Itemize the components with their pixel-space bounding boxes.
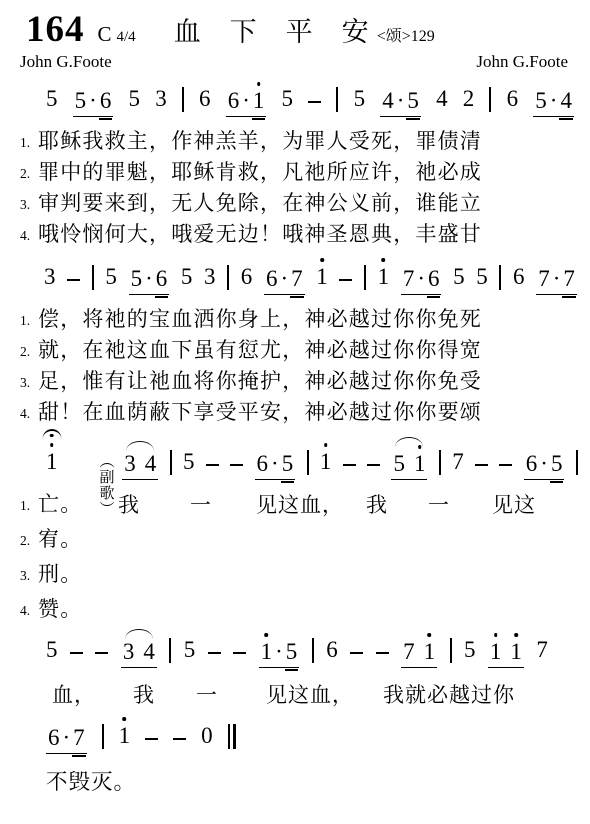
octave-dot-icon [514,633,518,637]
note-digit: 5 [46,87,58,110]
note-digit: 5 [476,265,488,288]
note-digit: 6 [241,265,253,288]
chorus-lyric-segment: 见这血， [256,489,344,519]
note: 6 [326,638,338,668]
note: 5 [46,87,58,117]
augmentation-dot-icon: · [268,452,282,475]
note-digit: 1 [261,640,273,663]
note: 3 [44,265,56,295]
group-note: 6 [100,89,112,112]
note: 5 [105,265,117,295]
music-line-2: 355·65366·7117·65567·7 [0,248,590,298]
octave-dot-icon [494,633,498,637]
note: 1 [320,450,332,480]
note: 6 [513,265,525,295]
duration-dash [230,464,243,466]
verse-line: 1. 偿，将祂的宝血洒你身上，神必越过你你免死 [0,302,590,333]
note: 0 [201,724,213,754]
note-digit: 5 [464,638,476,661]
octave-dot-icon [324,443,328,447]
time-signature: 4/4 [117,29,136,46]
augmentation-dot-icon: · [537,452,551,475]
barline [499,265,501,290]
duration-dash [67,279,80,281]
final-barline-thin [228,724,230,749]
note-digit: 1 [316,265,328,288]
chorus-lyric-segment: 我 [366,489,388,519]
ending-text: 宥。 [38,523,82,553]
note-digit: 5 [46,638,58,661]
ending-line: 4. 赞。 [0,590,590,625]
duration-dash [145,738,158,740]
beamed-group-with-slur: 34 [121,640,157,668]
composer-left: John G.Foote [20,52,112,72]
group-note: 4· [382,89,407,112]
octave-dot-icon [265,633,269,637]
beamed-group-with-slur: 51 [391,452,427,480]
augmentation-dot-icon: · [277,267,291,290]
verse-number: 1. [20,135,38,151]
verse-number: 2. [20,533,38,549]
barline [170,450,172,475]
verse-endings: （副歌） 我一见这血，我一见这 1. 亡。 2. 宥。 3. 刑。 4. 赞。 [0,485,590,625]
note-digit: 3 [124,452,136,475]
octave-dot-icon [50,443,54,447]
augmentation-dot-icon: · [272,640,286,663]
note: 3 [155,87,167,117]
note-digit: 0 [201,724,213,747]
page-title: 血下平安 [174,10,398,49]
barline [102,724,104,749]
note-digit: 5 [407,89,419,112]
group-note: 6· [526,452,551,475]
note-digit: 7 [403,640,415,663]
note-digit: 5 [181,265,193,288]
music-line-3: 13456·515176·5 [0,426,590,483]
verse-block-2: 1. 偿，将祂的宝血洒你身上，神必越过你你免死 2. 就，在祂这血下虽有愆尤，神… [0,298,590,426]
verse-text: 哦怜悯何大，哦爱无边！哦神圣恩典，丰盛甘 [38,218,482,248]
note-digit: 6 [326,638,338,661]
chorus-lyric-segment: 我 [133,679,155,709]
note-digit: 6 [156,267,168,290]
note: 1 [316,265,328,295]
note-digit: 7 [403,267,415,290]
note-digit: 5 [393,452,405,475]
group-note: 6 [156,267,168,290]
verse-number: 4. [20,228,38,244]
verse-text: 偿，将祂的宝血洒你身上，神必越过你你免死 [38,303,482,333]
barline [182,87,184,112]
beamed-group: 5·4 [533,89,574,117]
note-digit: 5 [131,267,143,290]
beamed-group: 5·6 [129,267,170,295]
note-digit: 4 [436,87,448,110]
octave-dot-icon [418,445,422,449]
chorus-lyrics-line-1: 我一见这血，我一见这 [0,485,590,520]
note-digit: 7 [73,726,85,749]
duration-dash [233,652,246,654]
verse-line: 2. 罪中的罪魁，耶稣肯救，凡祂所应许，祂必成 [0,155,590,186]
note-digit: 7 [538,267,550,290]
beamed-group: 6·1 [226,89,267,117]
beamed-group: 6·7 [46,726,87,754]
octave-dot-icon [428,633,432,637]
note: 5 [453,265,465,295]
beamed-group: 11 [488,640,524,668]
verse-line: 4. 甜！在血荫蔽下享受平安，神必越过你你要颂 [0,395,590,426]
note: 1 [46,450,58,480]
duration-dash [475,464,488,466]
note-digit: 4 [145,452,157,475]
barline [439,450,441,475]
note-digit: 6 [513,265,525,288]
note: 6 [199,87,211,117]
music-line-5: 6·710 [0,709,590,757]
chorus-lyric-segment: 一 [196,679,218,709]
verse-number: 3. [20,568,38,584]
music-line-1: 55·65366·1554·54265·4 [0,72,590,120]
note: 7 [452,450,464,480]
group-note: 7· [538,267,563,290]
composer-right: John G.Foote [476,52,568,72]
note-digit: 3 [44,265,56,288]
group-note: 1· [261,640,286,663]
verse-block-1: 1. 耶稣我救主，作神羔羊，为罪人受死，罪债清 2. 罪中的罪魁，耶稣肯救，凡祂… [0,120,590,248]
music-line-4: 53451·56715117 [0,625,590,671]
duration-dash [208,652,221,654]
group-note: 5 [407,89,419,112]
barline [312,638,314,663]
group-note: 5· [75,89,100,112]
group-note: 7· [403,267,428,290]
note: 6 [507,87,519,117]
note: 5 [181,265,193,295]
header: 164 C 4/4 血下平安 <颂>129 [0,0,590,51]
verse-number: 4. [20,406,38,422]
final-barline-thick [233,724,236,749]
note-digit: 7 [563,267,575,290]
verse-line: 1. 耶稣我救主，作神羔羊，为罪人受死，罪债清 [0,124,590,155]
note: 5 [46,638,58,668]
note-digit: 5 [105,265,117,288]
verse-number: 3. [20,375,38,391]
note-digit: 1 [253,89,265,112]
verse-number: 2. [20,344,38,360]
group-note: 6 [428,267,440,290]
verse-line: 3. 审判要来到，无人免除，在神公义前，谁能立 [0,186,590,217]
group-note: 4 [560,89,572,112]
beamed-group: 4·5 [380,89,421,117]
note-digit: 1 [320,450,332,473]
beamed-group: 71 [401,640,437,668]
hymn-number: 164 [26,8,85,51]
chorus-lyric-segment: 一 [428,489,450,519]
fermata-icon [42,429,61,439]
beamed-group: 6·5 [524,452,565,480]
group-note: 4 [143,640,155,663]
note: 1 [119,724,131,754]
note-digit: 3 [155,87,167,110]
augmentation-dot-icon: · [142,267,156,290]
ending-text: 赞。 [38,593,82,623]
octave-dot-icon [123,717,127,721]
note-digit: 1 [46,450,58,473]
note-digit: 6 [257,452,269,475]
note-digit: 7 [452,450,464,473]
note-digit: 7 [536,638,548,661]
note: 5 [464,638,476,668]
group-note: 7 [291,267,303,290]
note-digit: 1 [414,452,426,475]
augmentation-dot-icon: · [547,89,561,112]
augmentation-dot-icon: · [86,89,100,112]
group-note: 5 [282,452,294,475]
group-note: 4 [145,452,157,475]
barline [336,87,338,112]
group-note: 1 [414,452,426,475]
group-note: 5· [131,267,156,290]
group-note: 6· [228,89,253,112]
group-note: 1 [424,640,436,663]
note: 5 [129,87,141,117]
barline [169,638,171,663]
group-note: 5 [393,452,414,475]
augmentation-dot-icon: · [60,726,74,749]
note-digit: 6 [266,267,278,290]
note-digit: 1 [424,640,436,663]
ending-line: 2. 宥。 [0,520,590,555]
note-digit: 3 [123,640,135,663]
ending-line: 3. 刑。 [0,555,590,590]
note-digit: 5 [551,452,563,475]
note-digit: 6 [48,726,60,749]
group-note: 3 [123,640,144,663]
note-digit: 5 [282,87,294,110]
final-lyric: 不毁灭。 [0,765,590,796]
barline [307,450,309,475]
note: 5 [183,450,195,480]
note-digit: 5 [354,87,366,110]
verse-text: 就，在祂这血下虽有愆尤，神必越过你你得宽 [38,334,482,364]
duration-dash [499,464,512,466]
beamed-group: 7·7 [536,267,577,295]
composer-row: John G.Foote John G.Foote [0,51,590,72]
chorus-lyric-segment: 见这血， [266,679,354,709]
note-digit: 4 [560,89,572,112]
octave-dot-icon [382,258,386,262]
barline [92,265,94,290]
group-note: 5 [286,640,298,663]
verse-line: 2. 就，在祂这血下虽有愆尤，神必越过你你得宽 [0,333,590,364]
note: 5 [184,638,196,668]
group-note: 7 [73,726,85,749]
verse-line: 4. 哦怜悯何大，哦爱无边！哦神圣恩典，丰盛甘 [0,217,590,248]
note: 2 [463,87,475,117]
note-digit: 4 [143,640,155,663]
note-digit: 5 [129,87,141,110]
note-digit: 3 [204,265,216,288]
verse-text: 审判要来到，无人免除，在神公义前，谁能立 [38,187,482,217]
key-signature: C [98,22,112,47]
note-digit: 5 [282,452,294,475]
verse-number: 2. [20,166,38,182]
note-digit: 5 [184,638,196,661]
group-note: 1 [253,89,265,112]
note: 5 [282,87,294,117]
note-digit: 5 [75,89,87,112]
augmentation-dot-icon: · [550,267,564,290]
beamed-group-with-slur: 34 [122,452,158,480]
note-digit: 1 [378,265,390,288]
barline [364,265,366,290]
note-digit: 6 [428,267,440,290]
hymnal-reference: <颂>129 [377,23,435,46]
note: 3 [204,265,216,295]
chorus-lyric-segment: 血， [52,679,96,709]
note: 1 [378,265,390,295]
chorus-lyric-segment: 我 [118,489,140,519]
group-note: 1 [490,640,511,663]
verse-text: 罪中的罪魁，耶稣肯救，凡祂所应许，祂必成 [38,156,482,186]
beamed-group: 7·6 [401,267,442,295]
duration-dash [70,652,83,654]
octave-dot-icon [257,82,261,86]
chorus-lyric-segment: 我就必越过你 [383,679,515,709]
augmentation-dot-icon: · [414,267,428,290]
barline [227,265,229,290]
beamed-group: 6·5 [255,452,296,480]
duration-dash [206,464,219,466]
hymn-sheet-page: 164 C 4/4 血下平安 <颂>129 John G.Foote John … [0,0,590,824]
note: 5 [354,87,366,117]
group-note: 7 [563,267,575,290]
duration-dash [95,652,108,654]
note-digit: 6 [526,452,538,475]
duration-dash [343,464,356,466]
verse-text: 耶稣我救主，作神羔羊，为罪人受死，罪债清 [38,125,482,155]
verse-text: 甜！在血荫蔽下享受平安，神必越过你你要颂 [38,396,482,426]
final-barline [228,724,237,749]
verse-number: 1. [20,313,38,329]
group-note: 6· [257,452,282,475]
group-note: 1 [510,640,522,663]
duration-dash [173,738,186,740]
verse-number: 4. [20,603,38,619]
duration-dash [376,652,389,654]
chorus-lyric-segment: 一 [190,489,212,519]
barline [576,450,578,475]
note: 5 [476,265,488,295]
chorus-lyric-segment: 见这 [492,489,536,519]
note: 6 [241,265,253,295]
note-digit: 6 [100,89,112,112]
note-digit: 2 [463,87,475,110]
note-digit: 1 [119,724,131,747]
beamed-group: 1·5 [259,640,300,668]
beamed-group: 5·6 [73,89,114,117]
verse-line: 3. 足，惟有让祂血将你掩护，神必越过你你免受 [0,364,590,395]
barline [450,638,452,663]
note-digit: 4 [382,89,394,112]
note-digit: 7 [291,267,303,290]
note-digit: 6 [199,87,211,110]
note-digit: 5 [453,265,465,288]
note: 7 [536,638,548,668]
group-note: 6· [48,726,73,749]
chorus-lyrics-line-2: 血，我一见这血，我就必越过你 [0,675,590,709]
group-note: 7 [403,640,424,663]
note-digit: 5 [286,640,298,663]
group-note: 5· [535,89,560,112]
verse-text: 足，惟有让祂血将你掩护，神必越过你你免受 [38,365,482,395]
verse-number: 3. [20,197,38,213]
group-note: 6· [266,267,291,290]
note-digit: 1 [490,640,502,663]
augmentation-dot-icon: · [239,89,253,112]
chorus-section: 13456·515176·5 （副歌） 我一见这血，我一见这 1. 亡。 2. … [0,426,590,625]
group-note: 3 [124,452,145,475]
duration-dash [350,652,363,654]
octave-dot-icon [320,258,324,262]
note-digit: 6 [228,89,240,112]
note: 4 [436,87,448,117]
duration-dash [367,464,380,466]
note-digit: 5 [183,450,195,473]
note-digit: 6 [507,87,519,110]
ending-text: 刑。 [38,558,82,588]
beamed-group: 6·7 [264,267,305,295]
augmentation-dot-icon: · [394,89,408,112]
duration-dash [339,279,352,281]
group-note: 5 [551,452,563,475]
note-digit: 1 [510,640,522,663]
barline [489,87,491,112]
note-digit: 5 [535,89,547,112]
duration-dash [308,101,321,103]
